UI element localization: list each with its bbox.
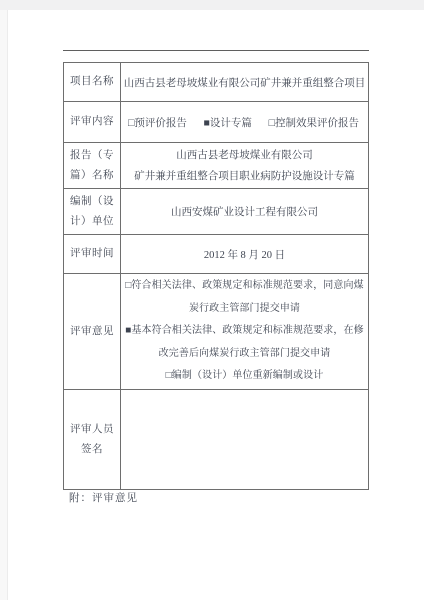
table-row-review-content: 评审内容 □预评价报告 ■设计专篇 □控制效果评价报告: [64, 102, 369, 143]
compiling-unit-value: 山西安煤矿业设计工程有限公司: [121, 189, 369, 235]
compiling-unit-label: 编制（设 计）单位: [64, 189, 121, 235]
compiling-unit-label-line1: 编制（设: [64, 192, 120, 212]
checkbox-opinion-recompile: □编制（设计）单位重新编制或设计: [121, 365, 368, 388]
report-name-value: 山西古县老母坡煤业有限公司 矿井兼并重组整合项目职业病防护设施设计专篇: [121, 143, 369, 189]
report-name-label: 报告（专 篇）名称: [64, 143, 121, 189]
reviewer-signature-label: 评审人员 签名: [64, 390, 121, 490]
project-name-label: 项目名称: [64, 63, 121, 102]
attachment-note: 附：评审意见: [69, 490, 138, 505]
report-name-label-line1: 报告（专: [64, 146, 120, 166]
review-opinion-label: 评审意见: [64, 274, 121, 390]
table-row-review-date: 评审时间 2012 年 8 月 20 日: [64, 235, 369, 274]
checkbox-pre-evaluation-report: □预评价报告: [128, 115, 187, 130]
reviewer-signature-label-line1: 评审人员: [64, 420, 120, 440]
reviewer-signature-area: [121, 390, 369, 490]
checkbox-control-effect-report: □控制效果评价报告: [269, 115, 359, 130]
page-left-edge-strip: [0, 10, 8, 600]
compiling-unit-label-line2: 计）单位: [64, 212, 120, 232]
review-date-label: 评审时间: [64, 235, 121, 274]
table-row-report-name: 报告（专 篇）名称 山西古县老母坡煤业有限公司 矿井兼并重组整合项目职业病防护设…: [64, 143, 369, 189]
table-row-reviewer-signature: 评审人员 签名: [64, 390, 369, 490]
report-name-value-line1: 山西古县老母坡煤业有限公司: [121, 145, 368, 166]
project-name-value: 山西古县老母坡煤业有限公司矿井兼并重组整合项目: [121, 63, 369, 102]
scanned-review-form-page: 项目名称 山西古县老母坡煤业有限公司矿井兼并重组整合项目 评审内容 □预评价报告…: [0, 0, 424, 600]
table-row-project-name: 项目名称 山西古县老母坡煤业有限公司矿井兼并重组整合项目: [64, 63, 369, 102]
table-row-compiling-unit: 编制（设 计）单位 山西安煤矿业设计工程有限公司: [64, 189, 369, 235]
report-name-value-line2: 矿井兼并重组整合项目职业病防护设施设计专篇: [121, 166, 368, 187]
review-content-options: □预评价报告 ■设计专篇 □控制效果评价报告: [121, 115, 368, 130]
review-opinion-options: □符合相关法律、政策规定和标准规范要求，同意向煤炭行政主管部门提交申请 ■基本符…: [121, 274, 369, 390]
table-row-review-opinion: 评审意见 □符合相关法律、政策规定和标准规范要求，同意向煤炭行政主管部门提交申请…: [64, 274, 369, 390]
report-name-label-line2: 篇）名称: [64, 166, 120, 186]
checkbox-design-section: ■设计专篇: [204, 115, 252, 130]
review-form-table: 项目名称 山西古县老母坡煤业有限公司矿井兼并重组整合项目 评审内容 □预评价报告…: [63, 62, 369, 490]
page-top-edge-strip: [0, 0, 424, 10]
review-content-label: 评审内容: [64, 102, 121, 143]
checkbox-opinion-comply: □符合相关法律、政策规定和标准规范要求，同意向煤炭行政主管部门提交申请: [121, 275, 368, 320]
top-horizontal-rule: [63, 50, 369, 51]
checkbox-opinion-basically-comply: ■基本符合相关法律、政策规定和标准规范要求，在修改完善后向煤炭行政主管部门提交申…: [121, 320, 368, 365]
review-content-label-text: 评审内容: [70, 116, 114, 127]
reviewer-signature-label-line2: 签名: [64, 440, 120, 460]
review-date-value: 2012 年 8 月 20 日: [121, 235, 369, 274]
